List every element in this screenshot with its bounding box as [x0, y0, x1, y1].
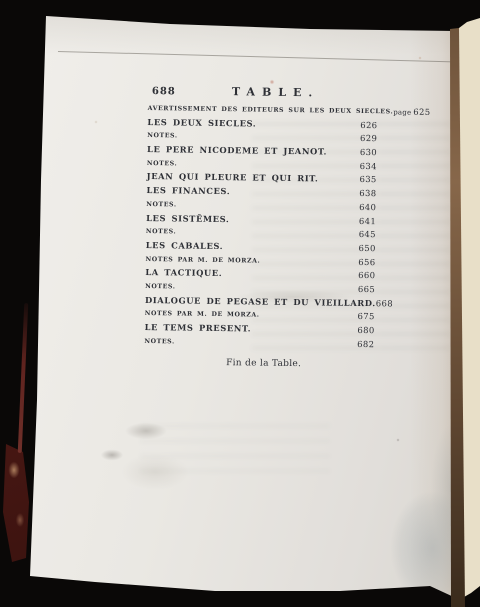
toc-entry: NOTES. 682: [144, 335, 374, 352]
toc-entry-page: 634: [360, 160, 377, 174]
cover-edge-sliver: [18, 303, 29, 453]
toc-entry-page: 645: [359, 228, 376, 242]
toc-entry-title: LES CABALES.: [146, 239, 224, 254]
page-word: page: [393, 108, 411, 116]
toc-entry-title: LES SISTÊMES.: [146, 211, 229, 226]
toc-entry-title: NOTES.: [146, 198, 177, 212]
toc-entry-title: LA TACTIQUE.: [145, 266, 222, 281]
toc-entry-title: LES FINANCES.: [146, 184, 230, 199]
toc-entry-title: NOTES.: [147, 157, 178, 171]
toc-entry-page: 680: [357, 324, 374, 338]
toc-entry-page: 665: [358, 283, 375, 297]
end-of-table-note: Fin de la Table.: [226, 358, 374, 370]
toc-entry-title: LE TEMS PRESENT.: [144, 321, 251, 336]
toc-entry-page: page625: [393, 105, 430, 119]
toc-entry-page: 660: [358, 269, 375, 283]
toc-entry-page: 638: [359, 187, 376, 201]
toc-entry-page: 630: [360, 146, 377, 160]
toc-entry-page: 640: [359, 201, 376, 215]
toc-entry-page: 675: [357, 310, 374, 324]
toc-entry-page: 682: [357, 338, 374, 352]
ink-bleed-through: [140, 424, 330, 476]
toc-entry-page: 641: [359, 214, 376, 228]
book-page: 688 TABLE. AVERTISSEMENT DES EDITEURS SU…: [0, 0, 480, 607]
toc-entry-title: NOTES.: [144, 335, 175, 349]
toc-entry-list: AVERTISSEMENT DES EDITEURS SUR LES DEUX …: [144, 102, 377, 352]
toc-entry-page: 629: [360, 132, 377, 146]
toc-entry-page: 668: [376, 297, 393, 311]
folio-number: 688: [152, 86, 176, 97]
toc-entry-title: NOTES.: [146, 225, 177, 239]
page-title: TABLE.: [232, 85, 320, 99]
toc-entry-page: 635: [359, 173, 376, 187]
toc-entry-title: NOTES.: [145, 280, 176, 294]
toc-entry-page: 650: [358, 242, 375, 256]
book-photograph: 688 TABLE. AVERTISSEMENT DES EDITEURS SU…: [0, 0, 480, 607]
page-crease: [58, 51, 454, 62]
toc-entry-page: 626: [360, 119, 377, 133]
toc-entry-title: NOTES.: [147, 129, 178, 143]
toc-entry-page: 656: [358, 256, 375, 270]
page-header: 688 TABLE.: [148, 84, 378, 101]
table-of-contents: 688 TABLE. AVERTISSEMENT DES EDITEURS SU…: [144, 84, 378, 371]
